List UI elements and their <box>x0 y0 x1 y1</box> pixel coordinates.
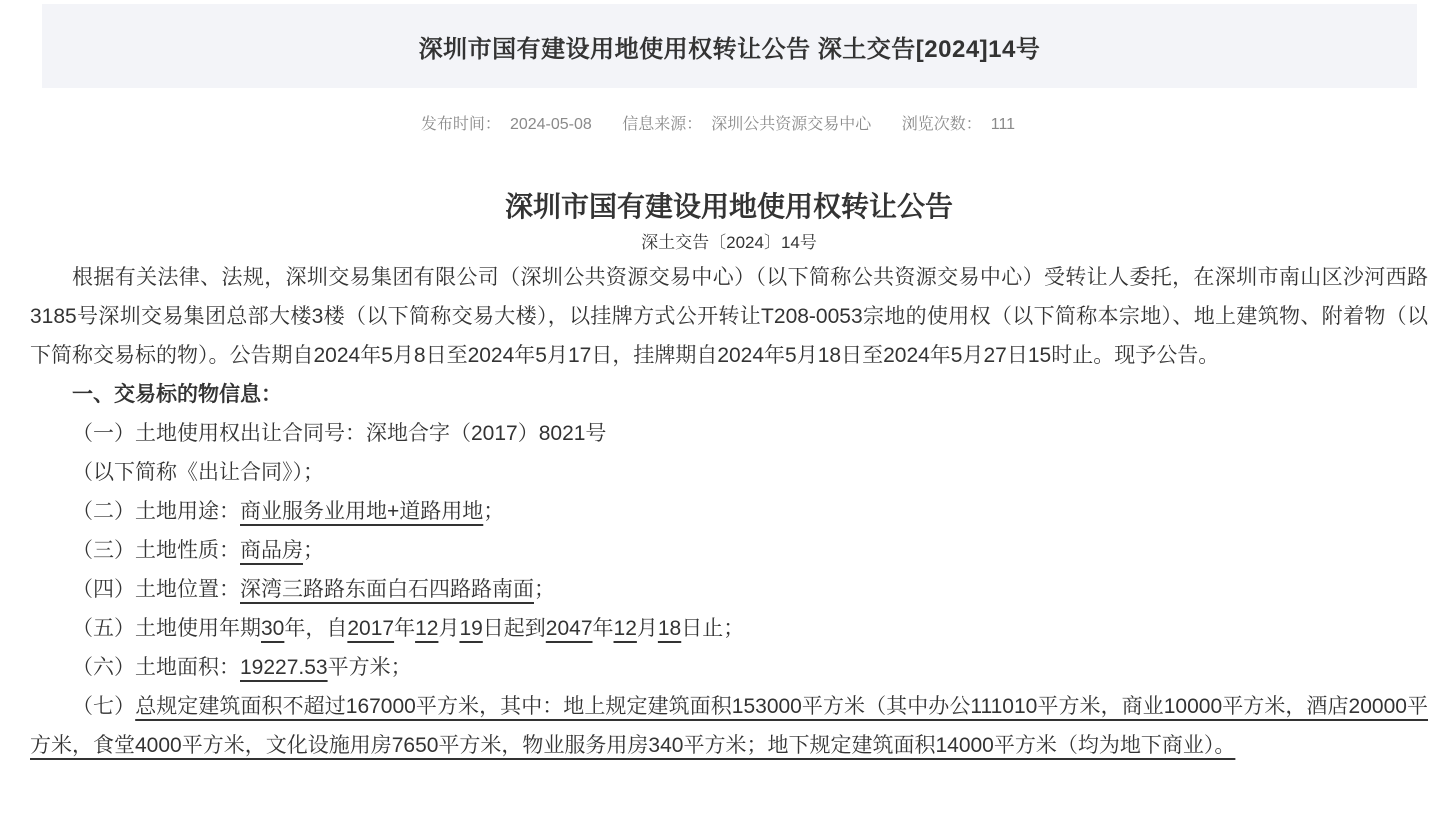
info-source: 信息来源：深圳公共资源交易中心 <box>622 116 871 133</box>
page-title: 深圳市国有建设用地使用权转让公告 深土交告[2024]14号 <box>419 29 1041 64</box>
publish-time-value: 2024-05-08 <box>510 116 592 133</box>
item-text: 月 <box>438 617 459 640</box>
item-text: （一）土地使用权出让合同号：深地合字（2017）8021号 <box>72 422 606 445</box>
item-text: 平方米； <box>328 656 412 679</box>
item-text: （七） <box>72 695 135 718</box>
underlined-value: 2017 <box>347 617 394 640</box>
underlined-value: 18 <box>658 617 681 640</box>
item-text: ； <box>534 578 555 601</box>
intro-paragraph: 根据有关法律、法规，深圳交易集团有限公司（深圳公共资源交易中心）（以下简称公共资… <box>30 258 1428 375</box>
document-title: 深圳市国有建设用地使用权转让公告 <box>30 188 1428 226</box>
underlined-value: 商业服务业用地+道路用地 <box>240 500 483 523</box>
meta-bar: 发布时间：2024-05-08 信息来源：深圳公共资源交易中心 浏览次数：111 <box>0 114 1436 136</box>
view-count-value: 111 <box>991 116 1015 133</box>
announcement-page: 深圳市国有建设用地使用权转让公告 深土交告[2024]14号 发布时间：2024… <box>0 0 1436 840</box>
item-text: ； <box>483 500 504 523</box>
item-text: （三）土地性质： <box>72 539 240 562</box>
item-text: 年，自 <box>284 617 347 640</box>
item-paragraph: （六）土地面积：19227.53平方米； <box>30 648 1428 687</box>
item-text: 日止； <box>681 617 744 640</box>
items-list: （一）土地使用权出让合同号：深地合字（2017）8021号（以下简称《出让合同》… <box>30 414 1428 765</box>
item-text: 年 <box>394 617 415 640</box>
item-paragraph: （二）土地用途：商业服务业用地+道路用地； <box>30 492 1428 531</box>
item-text: （四）土地位置： <box>72 578 240 601</box>
underlined-value: 深湾三路路东面白石四路路南面 <box>240 578 534 601</box>
item-paragraph: （三）土地性质：商品房； <box>30 531 1428 570</box>
underlined-value: 2047 <box>546 617 593 640</box>
item-text: （六）土地面积： <box>72 656 240 679</box>
view-count: 浏览次数：111 <box>902 116 1015 133</box>
item-text: （以下简称《出让合同》）； <box>72 461 324 484</box>
item-text: 日起到 <box>483 617 546 640</box>
document-number: 深土交告〔2024〕14号 <box>30 232 1428 254</box>
underlined-value: 12 <box>614 617 637 640</box>
document-body: 根据有关法律、法规，深圳交易集团有限公司（深圳公共资源交易中心）（以下简称公共资… <box>30 258 1428 765</box>
view-count-label: 浏览次数： <box>902 116 982 133</box>
underlined-value: 12 <box>415 617 438 640</box>
item-paragraph: （七）总规定建筑面积不超过167000平方米，其中：地上规定建筑面积153000… <box>30 687 1428 765</box>
underlined-value: 30 <box>261 617 284 640</box>
item-paragraph: （一）土地使用权出让合同号：深地合字（2017）8021号 <box>30 414 1428 453</box>
section-heading: 一、交易标的物信息： <box>30 375 1428 414</box>
publish-time: 发布时间：2024-05-08 <box>421 116 592 133</box>
underlined-value: 19 <box>459 617 482 640</box>
item-text: （二）土地用途： <box>72 500 240 523</box>
page-header-bar: 深圳市国有建设用地使用权转让公告 深土交告[2024]14号 <box>42 4 1417 88</box>
info-source-value: 深圳公共资源交易中心 <box>711 116 871 133</box>
underlined-value: 总规定建筑面积不超过167000平方米，其中：地上规定建筑面积153000平方米… <box>30 695 1428 757</box>
item-text: （五）土地使用年期 <box>72 617 261 640</box>
item-text: 年 <box>593 617 614 640</box>
item-text: ； <box>303 539 324 562</box>
underlined-value: 商品房 <box>240 539 303 562</box>
item-paragraph: （以下简称《出让合同》）； <box>30 453 1428 492</box>
item-paragraph: （五）土地使用年期30年，自2017年12月19日起到2047年12月18日止； <box>30 609 1428 648</box>
info-source-label: 信息来源： <box>622 116 702 133</box>
underlined-value: 19227.53 <box>240 656 328 679</box>
publish-time-label: 发布时间： <box>421 116 501 133</box>
item-text: 月 <box>637 617 658 640</box>
item-paragraph: （四）土地位置：深湾三路路东面白石四路路南面； <box>30 570 1428 609</box>
